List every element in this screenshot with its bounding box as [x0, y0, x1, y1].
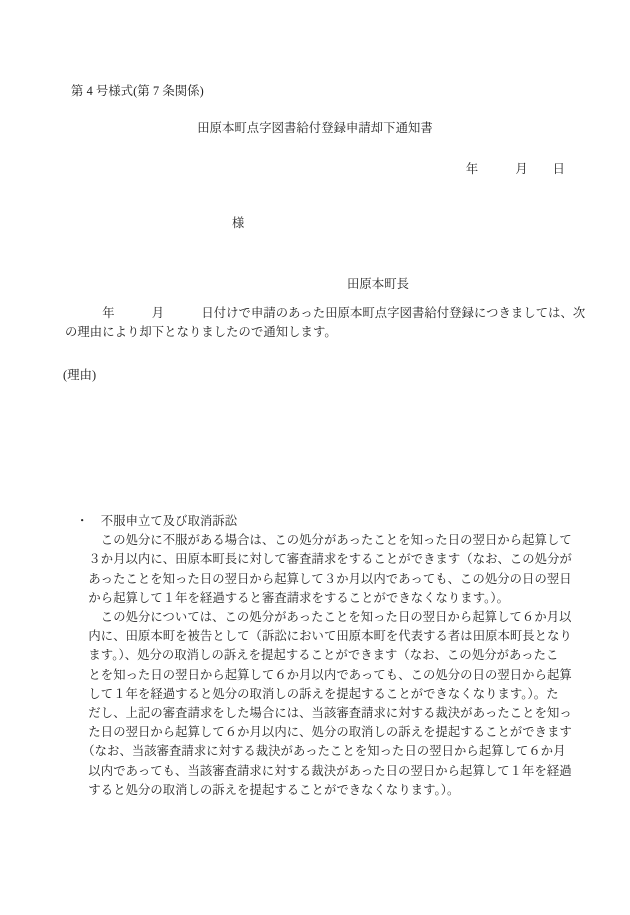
appeal-line: 内に、田原本町を被告として（訴訟において田原本町を代表する者は田原本町長となり	[76, 627, 572, 646]
appeal-line: して１年を経過すると処分の取消しの訴えを提起することができなくなります。）。た	[76, 685, 572, 704]
appeal-line: ３か月以内に、田原本町長に対して審査請求をすることができます（なお、この処分が	[76, 550, 572, 569]
appeal-heading-line: ・ 不服申立て及び取消訴訟	[76, 512, 572, 531]
document-page: 第 4 号様式(第 7 条関係) 田原本町点字図書給付登録申請却下通知書 年 月…	[0, 0, 630, 915]
addressee-honorific: 様	[232, 215, 244, 231]
form-label: 第 4 号様式(第 7 条関係)	[71, 83, 204, 99]
appeal-line: 以内であっても、当該審査請求に対する裁決があった日の翌日から起算して１年を経過	[76, 762, 572, 781]
appeal-line: ます。）、処分の取消しの訴えを提起することができます（なお、この処分があったこ	[76, 646, 572, 665]
body-line: 年 月 日付けで申請のあった田原本町点字図書給付登録につきましては、次	[65, 304, 585, 323]
appeal-line: た日の翌日から起算して６か月以内に、処分の取消しの訴えを提起することができます	[76, 723, 572, 742]
sender-name: 田原本町長	[347, 276, 409, 292]
appeal-line: （なお、当該審査請求に対する裁決があったことを知った日の翌日から起算して６か月	[76, 742, 572, 761]
reason-label: (理由)	[63, 367, 96, 383]
appeal-line: から起算して１年を経過すると審査請求をすることができなくなります。）。	[76, 589, 572, 608]
appeal-line: すると処分の取消しの訴えを提起することができなくなります。）。	[76, 781, 572, 800]
appeal-line: あったことを知った日の翌日から起算して３か月以内であっても、この処分の日の翌日	[76, 570, 572, 589]
appeal-notice-section: ・ 不服申立て及び取消訴訟 この処分に不服がある場合は、この処分があったことを知…	[76, 512, 572, 800]
appeal-line: この処分に不服がある場合は、この処分があったことを知った日の翌日から起算して	[76, 531, 572, 550]
date-line: 年 月 日	[466, 161, 565, 177]
appeal-line: この処分については、この処分があったことを知った日の翌日から起算して６か月以	[76, 608, 572, 627]
body-line: の理由により却下となりましたので通知します。	[65, 323, 585, 342]
appeal-line: だし、上記の審査請求をした場合には、当該審査請求に対する裁決があったことを知っ	[76, 704, 572, 723]
appeal-line: とを知った日の翌日から起算して６か月以内であっても、この処分の日の翌日から起算	[76, 666, 572, 685]
body-paragraph: 年 月 日付けで申請のあった田原本町点字図書給付登録につきましては、次 の理由に…	[65, 304, 585, 342]
document-title: 田原本町点字図書給付登録申請却下通知書	[0, 120, 630, 136]
